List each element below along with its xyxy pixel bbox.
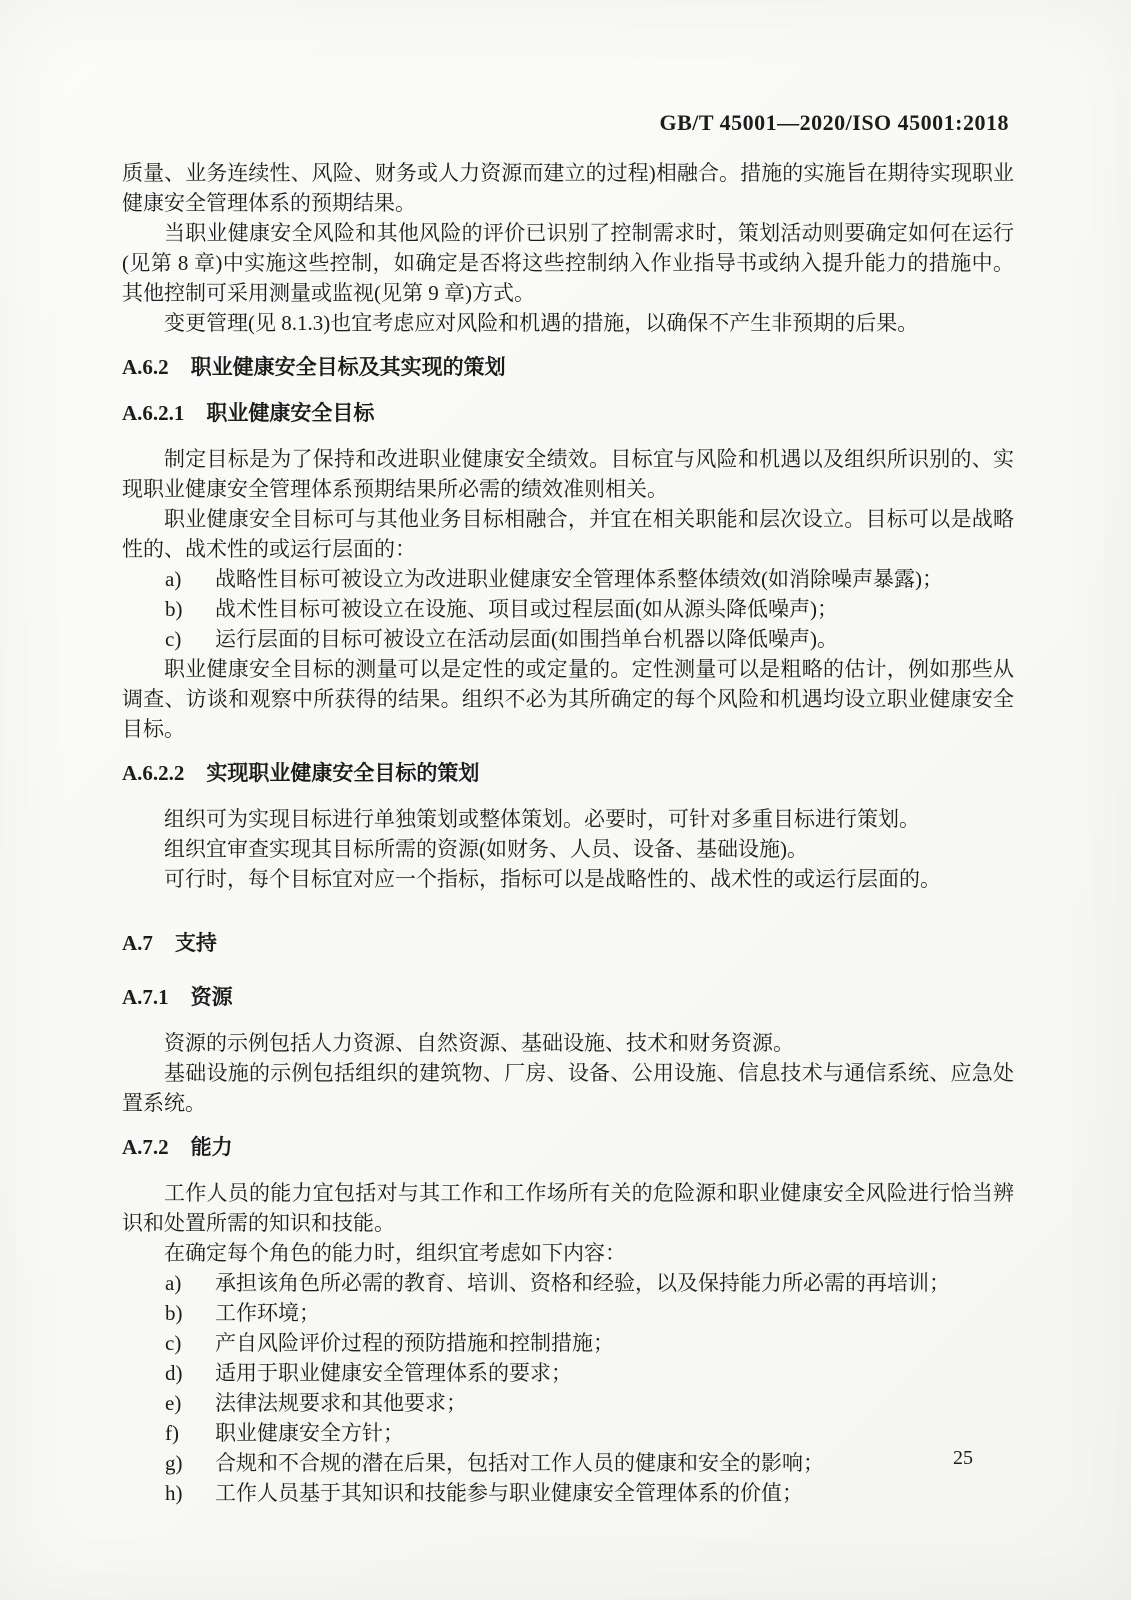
list-item-a: a)战略性目标可被设立为改进职业健康安全管理体系整体绩效(如消除噪声暴露)； bbox=[122, 564, 1014, 594]
paragraph: 质量、业务连续性、风险、财务或人力资源而建立的过程)相融合。措施的实施旨在期待实… bbox=[122, 158, 1014, 218]
heading-a-7-1: A.7.1资源 bbox=[122, 982, 1014, 1012]
document-body: 质量、业务连续性、风险、财务或人力资源而建立的过程)相融合。措施的实施旨在期待实… bbox=[122, 158, 1014, 1508]
list-item-f: f)职业健康安全方针； bbox=[122, 1418, 1014, 1448]
heading-title: 支持 bbox=[175, 931, 217, 955]
heading-title: 职业健康安全目标 bbox=[206, 401, 374, 425]
heading-a-6-2-1: A.6.2.1职业健康安全目标 bbox=[122, 398, 1014, 428]
paragraph: 可行时，每个目标宜对应一个指标，指标可以是战略性的、战术性的或运行层面的。 bbox=[122, 864, 1014, 894]
heading-number: A.6.2 bbox=[122, 352, 169, 382]
paragraph: 制定目标是为了保持和改进职业健康安全绩效。目标宜与风险和机遇以及组织所识别的、实… bbox=[122, 444, 1014, 504]
paragraph: 资源的示例包括人力资源、自然资源、基础设施、技术和财务资源。 bbox=[122, 1028, 1014, 1058]
list-marker: g) bbox=[165, 1448, 215, 1478]
heading-title: 资源 bbox=[191, 985, 233, 1009]
heading-a-6-2-2: A.6.2.2实现职业健康安全目标的策划 bbox=[122, 758, 1014, 788]
list-marker: f) bbox=[165, 1418, 215, 1448]
paragraph: 在确定每个角色的能力时，组织宜考虑如下内容： bbox=[122, 1238, 1014, 1268]
list-item-a: a)承担该角色所必需的教育、培训、资格和经验，以及保持能力所必需的再培训； bbox=[122, 1268, 1014, 1298]
paragraph: 工作人员的能力宜包括对与其工作和工作场所有关的危险源和职业健康安全风险进行恰当辨… bbox=[122, 1178, 1014, 1238]
paragraph: 组织宜审查实现其目标所需的资源(如财务、人员、设备、基础设施)。 bbox=[122, 834, 1014, 864]
list-item-text: 战略性目标可被设立为改进职业健康安全管理体系整体绩效(如消除噪声暴露)； bbox=[215, 564, 1014, 594]
list-marker: c) bbox=[165, 624, 215, 654]
page-number: 25 bbox=[953, 1446, 973, 1470]
list-marker: b) bbox=[165, 594, 215, 624]
list-item-g: g)合规和不合规的潜在后果，包括对工作人员的健康和安全的影响； bbox=[122, 1448, 1014, 1478]
heading-number: A.6.2.1 bbox=[122, 398, 184, 428]
list-marker: c) bbox=[165, 1328, 215, 1358]
heading-number: A.7.2 bbox=[122, 1132, 169, 1162]
standard-number-header: GB/T 45001—2020/ISO 45001:2018 bbox=[659, 110, 1009, 136]
list-item-text: 承担该角色所必需的教育、培训、资格和经验，以及保持能力所必需的再培训； bbox=[215, 1268, 1014, 1298]
list-marker: a) bbox=[165, 1268, 215, 1298]
list-item-text: 适用于职业健康安全管理体系的要求； bbox=[215, 1358, 1014, 1388]
list-marker: e) bbox=[165, 1388, 215, 1418]
list-marker: d) bbox=[165, 1358, 215, 1388]
list-item-text: 工作环境； bbox=[215, 1298, 1014, 1328]
heading-number: A.7.1 bbox=[122, 982, 169, 1012]
heading-a-7-2: A.7.2能力 bbox=[122, 1132, 1014, 1162]
list-item-text: 职业健康安全方针； bbox=[215, 1418, 1014, 1448]
paragraph: 变更管理(见 8.1.3)也宜考虑应对风险和机遇的措施，以确保不产生非预期的后果… bbox=[122, 308, 1014, 338]
list-item-d: d)适用于职业健康安全管理体系的要求； bbox=[122, 1358, 1014, 1388]
paragraph: 职业健康安全目标的测量可以是定性的或定量的。定性测量可以是粗略的估计，例如那些从… bbox=[122, 654, 1014, 744]
list-item-b: b)战术性目标可被设立在设施、项目或过程层面(如从源头降低噪声)； bbox=[122, 594, 1014, 624]
heading-a-6-2: A.6.2职业健康安全目标及其实现的策划 bbox=[122, 352, 1014, 382]
list-marker: h) bbox=[165, 1478, 215, 1508]
list-item-text: 法律法规要求和其他要求； bbox=[215, 1388, 1014, 1418]
paragraph: 当职业健康安全风险和其他风险的评价已识别了控制需求时，策划活动则要确定如何在运行… bbox=[122, 218, 1014, 308]
paragraph: 基础设施的示例包括组织的建筑物、厂房、设备、公用设施、信息技术与通信系统、应急处… bbox=[122, 1058, 1014, 1118]
list-marker: a) bbox=[165, 564, 215, 594]
list-item-text: 工作人员基于其知识和技能参与职业健康安全管理体系的价值； bbox=[215, 1478, 1014, 1508]
paragraph: 组织可为实现目标进行单独策划或整体策划。必要时，可针对多重目标进行策划。 bbox=[122, 804, 1014, 834]
list-marker: b) bbox=[165, 1298, 215, 1328]
heading-number: A.7 bbox=[122, 928, 153, 958]
list-item-h: h)工作人员基于其知识和技能参与职业健康安全管理体系的价值； bbox=[122, 1478, 1014, 1508]
list-item-text: 合规和不合规的潜在后果，包括对工作人员的健康和安全的影响； bbox=[215, 1448, 1014, 1478]
heading-title: 能力 bbox=[191, 1135, 233, 1159]
list-item-text: 运行层面的目标可被设立在活动层面(如围挡单台机器以降低噪声)。 bbox=[215, 624, 1014, 654]
document-page: GB/T 45001—2020/ISO 45001:2018 质量、业务连续性、… bbox=[0, 0, 1131, 1600]
list-item-e: e)法律法规要求和其他要求； bbox=[122, 1388, 1014, 1418]
list-item-c: c)运行层面的目标可被设立在活动层面(如围挡单台机器以降低噪声)。 bbox=[122, 624, 1014, 654]
heading-title: 实现职业健康安全目标的策划 bbox=[206, 761, 479, 785]
paragraph: 职业健康安全目标可与其他业务目标相融合，并宜在相关职能和层次设立。目标可以是战略… bbox=[122, 504, 1014, 564]
list-item-text: 战术性目标可被设立在设施、项目或过程层面(如从源头降低噪声)； bbox=[215, 594, 1014, 624]
heading-title: 职业健康安全目标及其实现的策划 bbox=[191, 355, 506, 379]
list-item-b: b)工作环境； bbox=[122, 1298, 1014, 1328]
list-item-text: 产自风险评价过程的预防措施和控制措施； bbox=[215, 1328, 1014, 1358]
heading-a-7: A.7支持 bbox=[122, 928, 1014, 958]
list-item-c: c)产自风险评价过程的预防措施和控制措施； bbox=[122, 1328, 1014, 1358]
heading-number: A.6.2.2 bbox=[122, 758, 184, 788]
